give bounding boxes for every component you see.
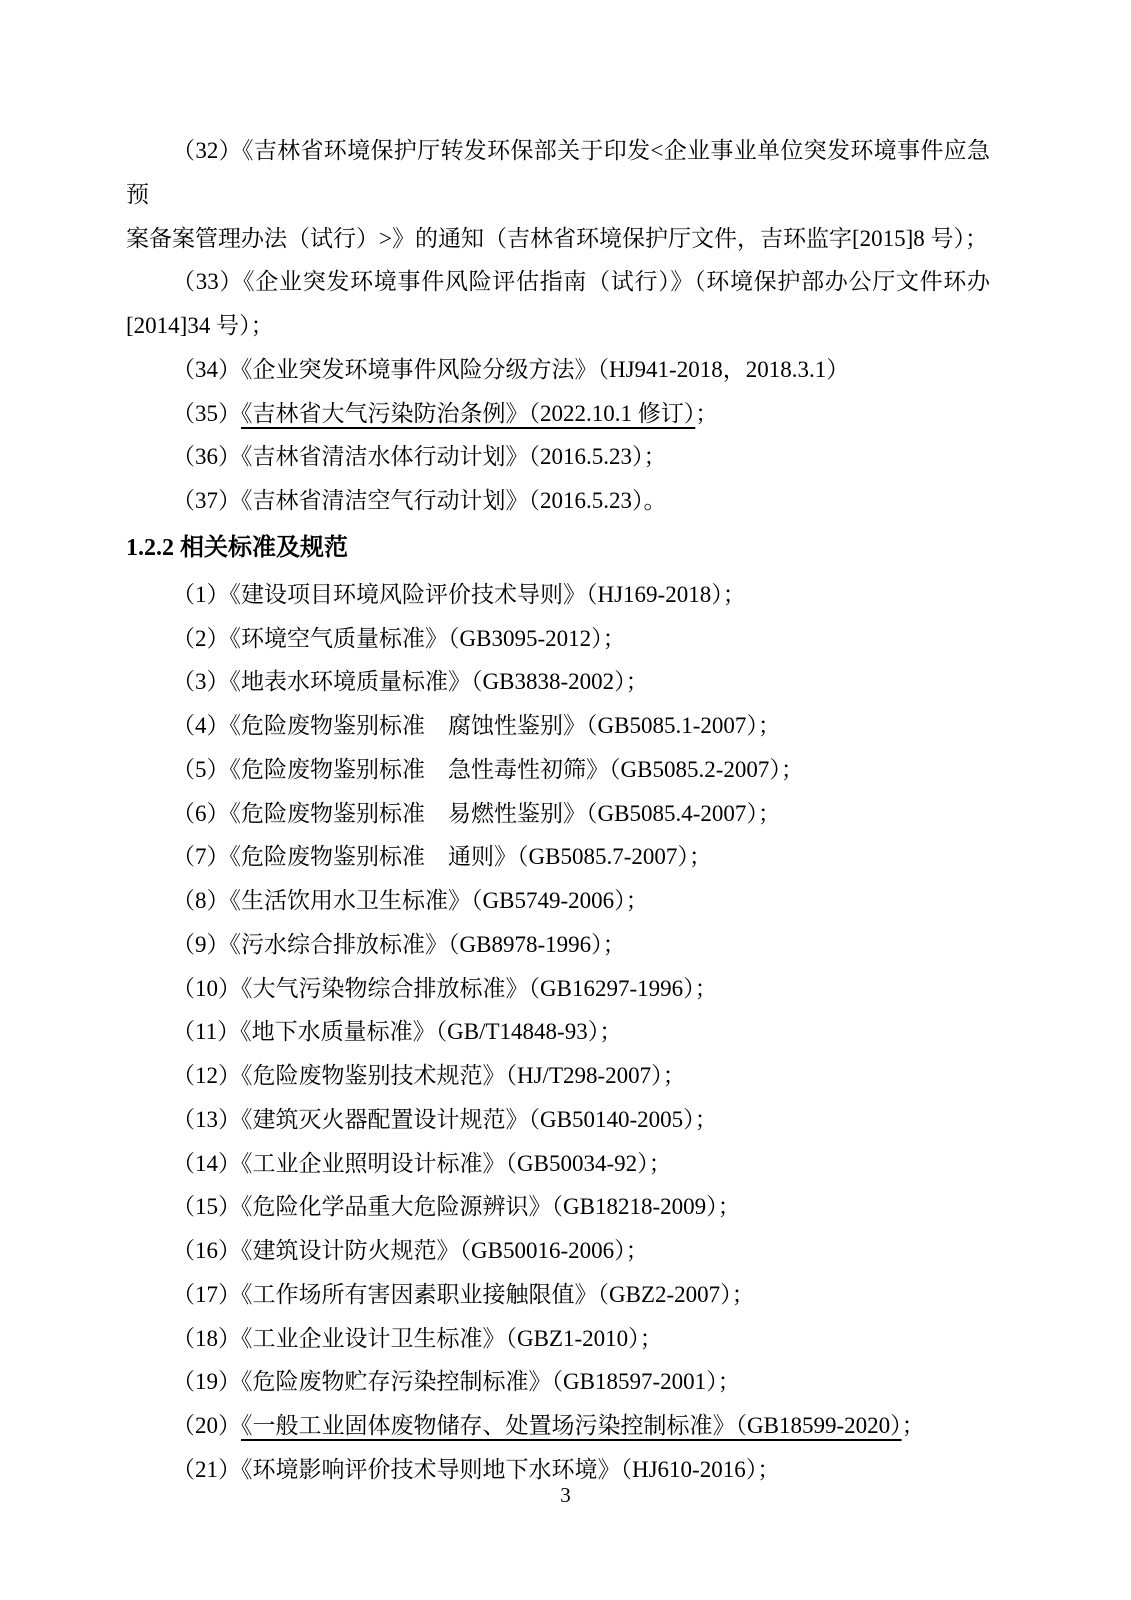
text-segment: （37）《吉林省清洁空气行动计划》（2016.5.23）。	[172, 488, 667, 513]
text-segment: （4）《危险废物鉴别标准 腐蚀性鉴别》（GB5085.1-2007）；	[172, 713, 781, 738]
standard-item: （16）《建筑设计防火规范》（GB50016-2006）；	[126, 1229, 990, 1273]
text-line: （15）《危险化学品重大危险源辨识》（GB18218-2009）；	[126, 1185, 990, 1229]
text-segment: （21）《环境影响评价技术导则地下水环境》（HJ610-2016）；	[172, 1457, 780, 1482]
text-segment: （6）《危险废物鉴别标准 易燃性鉴别》（GB5085.4-2007）；	[172, 801, 781, 826]
text-segment: （11）《地下水质量标准》（GB/T14848-93）；	[172, 1019, 622, 1044]
reference-item: （33）《企业突发环境事件风险评估指南（试行）》（环境保护部办公厅文件环办[20…	[126, 260, 990, 348]
text-line: （6）《危险废物鉴别标准 易燃性鉴别》（GB5085.4-2007）；	[126, 792, 990, 836]
standard-item: （20）《一般工业固体废物储存、处置场污染控制标准》（GB18599-2020）…	[126, 1404, 990, 1448]
standard-item: （18）《工业企业设计卫生标准》（GBZ1-2010）；	[126, 1317, 990, 1361]
text-segment: （8）《生活饮用水卫生标准》（GB5749-2006）；	[172, 888, 649, 913]
standard-item: （1）《建设项目环境风险评价技术导则》（HJ169-2018）；	[126, 573, 990, 617]
standard-item: （7）《危险废物鉴别标准 通则》（GB5085.7-2007）；	[126, 835, 990, 879]
text-line: （19）《危险废物贮存污染控制标准》（GB18597-2001）；	[126, 1360, 990, 1404]
standard-item: （19）《危险废物贮存污染控制标准》（GB18597-2001）；	[126, 1360, 990, 1404]
text-line: （20）《一般工业固体废物储存、处置场污染控制标准》（GB18599-2020）…	[126, 1404, 990, 1448]
text-segment: （33）《企业突发环境事件风险评估指南（试行）》（环境保护部办公厅文件环办	[172, 269, 990, 294]
text-segment: （7）《危险废物鉴别标准 通则》（GB5085.7-2007）；	[172, 844, 712, 869]
standard-item: （10）《大气污染物综合排放标准》（GB16297-1996）；	[126, 967, 990, 1011]
text-segment: 案备案管理办法（试行）>》的通知（吉林省环境保护厅文件，吉环监字[2015]8 …	[126, 226, 988, 251]
standard-item: （13）《建筑灭火器配置设计规范》（GB50140-2005）；	[126, 1098, 990, 1142]
text-line: （11）《地下水质量标准》（GB/T14848-93）；	[126, 1010, 990, 1054]
text-line: （5）《危险废物鉴别标准 急性毒性初筛》（GB5085.2-2007）；	[126, 748, 990, 792]
reference-item: （34）《企业突发环境事件风险分级方法》（HJ941-2018，2018.3.1…	[126, 348, 990, 392]
text-line: （37）《吉林省清洁空气行动计划》（2016.5.23）。	[126, 479, 990, 523]
text-line: （13）《建筑灭火器配置设计规范》（GB50140-2005）；	[126, 1098, 990, 1142]
text-segment: （3）《地表水环境质量标准》（GB3838-2002）；	[172, 669, 649, 694]
text-segment: （19）《危险废物贮存污染控制标准》（GB18597-2001）；	[172, 1369, 741, 1394]
reference-item: （37）《吉林省清洁空气行动计划》（2016.5.23）。	[126, 479, 990, 523]
text-segment: （18）《工业企业设计卫生标准》（GBZ1-2010）；	[172, 1326, 663, 1351]
text-segment: （36）《吉林省清洁水体行动计划》（2016.5.23）；	[172, 444, 667, 469]
text-segment: （16）《建筑设计防火规范》（GB50016-2006）；	[172, 1238, 649, 1263]
section-heading: 1.2.2 相关标准及规范	[126, 526, 990, 570]
text-line: （18）《工业企业设计卫生标准》（GBZ1-2010）；	[126, 1317, 990, 1361]
text-line: （14）《工业企业照明设计标准》（GB50034-92）；	[126, 1142, 990, 1186]
text-segment: （35）	[172, 401, 241, 426]
text-line: （16）《建筑设计防火规范》（GB50016-2006）；	[126, 1229, 990, 1273]
text-line: （1）《建设项目环境风险评价技术导则》（HJ169-2018）；	[126, 573, 990, 617]
text-line: （8）《生活饮用水卫生标准》（GB5749-2006）；	[126, 879, 990, 923]
text-line: （36）《吉林省清洁水体行动计划》（2016.5.23）；	[126, 435, 990, 479]
standard-item: （8）《生活饮用水卫生标准》（GB5749-2006）；	[126, 879, 990, 923]
text-segment: （32）《吉林省环境保护厅转发环保部关于印发<企业事业单位突发环境事件应急预	[126, 138, 990, 207]
document-page: （32）《吉林省环境保护厅转发环保部关于印发<企业事业单位突发环境事件应急预案备…	[0, 0, 1131, 1600]
text-line: （33）《企业突发环境事件风险评估指南（试行）》（环境保护部办公厅文件环办	[126, 260, 990, 304]
text-segment: [2014]34 号）；	[126, 313, 274, 338]
underlined-text: 《吉林省大气污染防治条例》（2022.10.1 修订）	[241, 401, 695, 426]
text-line: [2014]34 号）；	[126, 304, 990, 348]
text-line: （32）《吉林省环境保护厅转发环保部关于印发<企业事业单位突发环境事件应急预	[126, 129, 990, 217]
page-number: 3	[0, 1482, 1131, 1508]
text-segment: （12）《危险废物鉴别技术规范》（HJ/T298-2007）；	[172, 1063, 686, 1088]
reference-list: （32）《吉林省环境保护厅转发环保部关于印发<企业事业单位突发环境事件应急预案备…	[126, 129, 990, 523]
text-segment: ；	[695, 401, 718, 426]
standard-item: （5）《危险废物鉴别标准 急性毒性初筛》（GB5085.2-2007）；	[126, 748, 990, 792]
text-segment: （15）《危险化学品重大危险源辨识》（GB18218-2009）；	[172, 1194, 741, 1219]
text-segment: （1）《建设项目环境风险评价技术导则》（HJ169-2018）；	[172, 582, 746, 607]
text-segment: （13）《建筑灭火器配置设计规范》（GB50140-2005）；	[172, 1107, 718, 1132]
text-line: （4）《危险废物鉴别标准 腐蚀性鉴别》（GB5085.1-2007）；	[126, 704, 990, 748]
text-line: （12）《危险废物鉴别技术规范》（HJ/T298-2007）；	[126, 1054, 990, 1098]
text-segment: （20）	[172, 1413, 241, 1438]
standard-item: （3）《地表水环境质量标准》（GB3838-2002）；	[126, 660, 990, 704]
text-line: （34）《企业突发环境事件风险分级方法》（HJ941-2018，2018.3.1…	[126, 348, 990, 392]
standard-item: （14）《工业企业照明设计标准》（GB50034-92）；	[126, 1142, 990, 1186]
standard-item: （17）《工作场所有害因素职业接触限值》（GBZ2-2007）；	[126, 1273, 990, 1317]
standard-item: （4）《危险废物鉴别标准 腐蚀性鉴别》（GB5085.1-2007）；	[126, 704, 990, 748]
standards-list: （1）《建设项目环境风险评价技术导则》（HJ169-2018）；（2）《环境空气…	[126, 573, 990, 1492]
standard-item: （12）《危险废物鉴别技术规范》（HJ/T298-2007）；	[126, 1054, 990, 1098]
standard-item: （11）《地下水质量标准》（GB/T14848-93）；	[126, 1010, 990, 1054]
standard-item: （2）《环境空气质量标准》（GB3095-2012）；	[126, 617, 990, 661]
standard-item: （15）《危险化学品重大危险源辨识》（GB18218-2009）；	[126, 1185, 990, 1229]
text-segment: （9）《污水综合排放标准》（GB8978-1996）；	[172, 932, 626, 957]
standard-item: （9）《污水综合排放标准》（GB8978-1996）；	[126, 923, 990, 967]
text-segment: （34）《企业突发环境事件风险分级方法》（HJ941-2018，2018.3.1…	[172, 357, 849, 382]
text-line: （7）《危险废物鉴别标准 通则》（GB5085.7-2007）；	[126, 835, 990, 879]
underlined-text: 《一般工业固体废物储存、处置场污染控制标准》（GB18599-2020）	[241, 1413, 902, 1438]
text-segment: （10）《大气污染物综合排放标准》（GB16297-1996）；	[172, 976, 718, 1001]
text-line: （3）《地表水环境质量标准》（GB3838-2002）；	[126, 660, 990, 704]
document-body: （32）《吉林省环境保护厅转发环保部关于印发<企业事业单位突发环境事件应急预案备…	[126, 129, 990, 1492]
text-line: （9）《污水综合排放标准》（GB8978-1996）；	[126, 923, 990, 967]
text-line: （2）《环境空气质量标准》（GB3095-2012）；	[126, 617, 990, 661]
text-segment: （5）《危险废物鉴别标准 急性毒性初筛》（GB5085.2-2007）；	[172, 757, 804, 782]
reference-item: （36）《吉林省清洁水体行动计划》（2016.5.23）；	[126, 435, 990, 479]
text-line: （17）《工作场所有害因素职业接触限值》（GBZ2-2007）；	[126, 1273, 990, 1317]
text-segment: （2）《环境空气质量标准》（GB3095-2012）；	[172, 626, 626, 651]
text-line: （10）《大气污染物综合排放标准》（GB16297-1996）；	[126, 967, 990, 1011]
reference-item: （35）《吉林省大气污染防治条例》（2022.10.1 修订）；	[126, 392, 990, 436]
reference-item: （32）《吉林省环境保护厅转发环保部关于印发<企业事业单位突发环境事件应急预案备…	[126, 129, 990, 260]
text-segment: ；	[902, 1413, 925, 1438]
text-line: （35）《吉林省大气污染防治条例》（2022.10.1 修订）；	[126, 392, 990, 436]
text-segment: （14）《工业企业照明设计标准》（GB50034-92）；	[172, 1151, 672, 1176]
standard-item: （6）《危险废物鉴别标准 易燃性鉴别》（GB5085.4-2007）；	[126, 792, 990, 836]
text-segment: （17）《工作场所有害因素职业接触限值》（GBZ2-2007）；	[172, 1282, 755, 1307]
text-line: 案备案管理办法（试行）>》的通知（吉林省环境保护厅文件，吉环监字[2015]8 …	[126, 217, 990, 261]
